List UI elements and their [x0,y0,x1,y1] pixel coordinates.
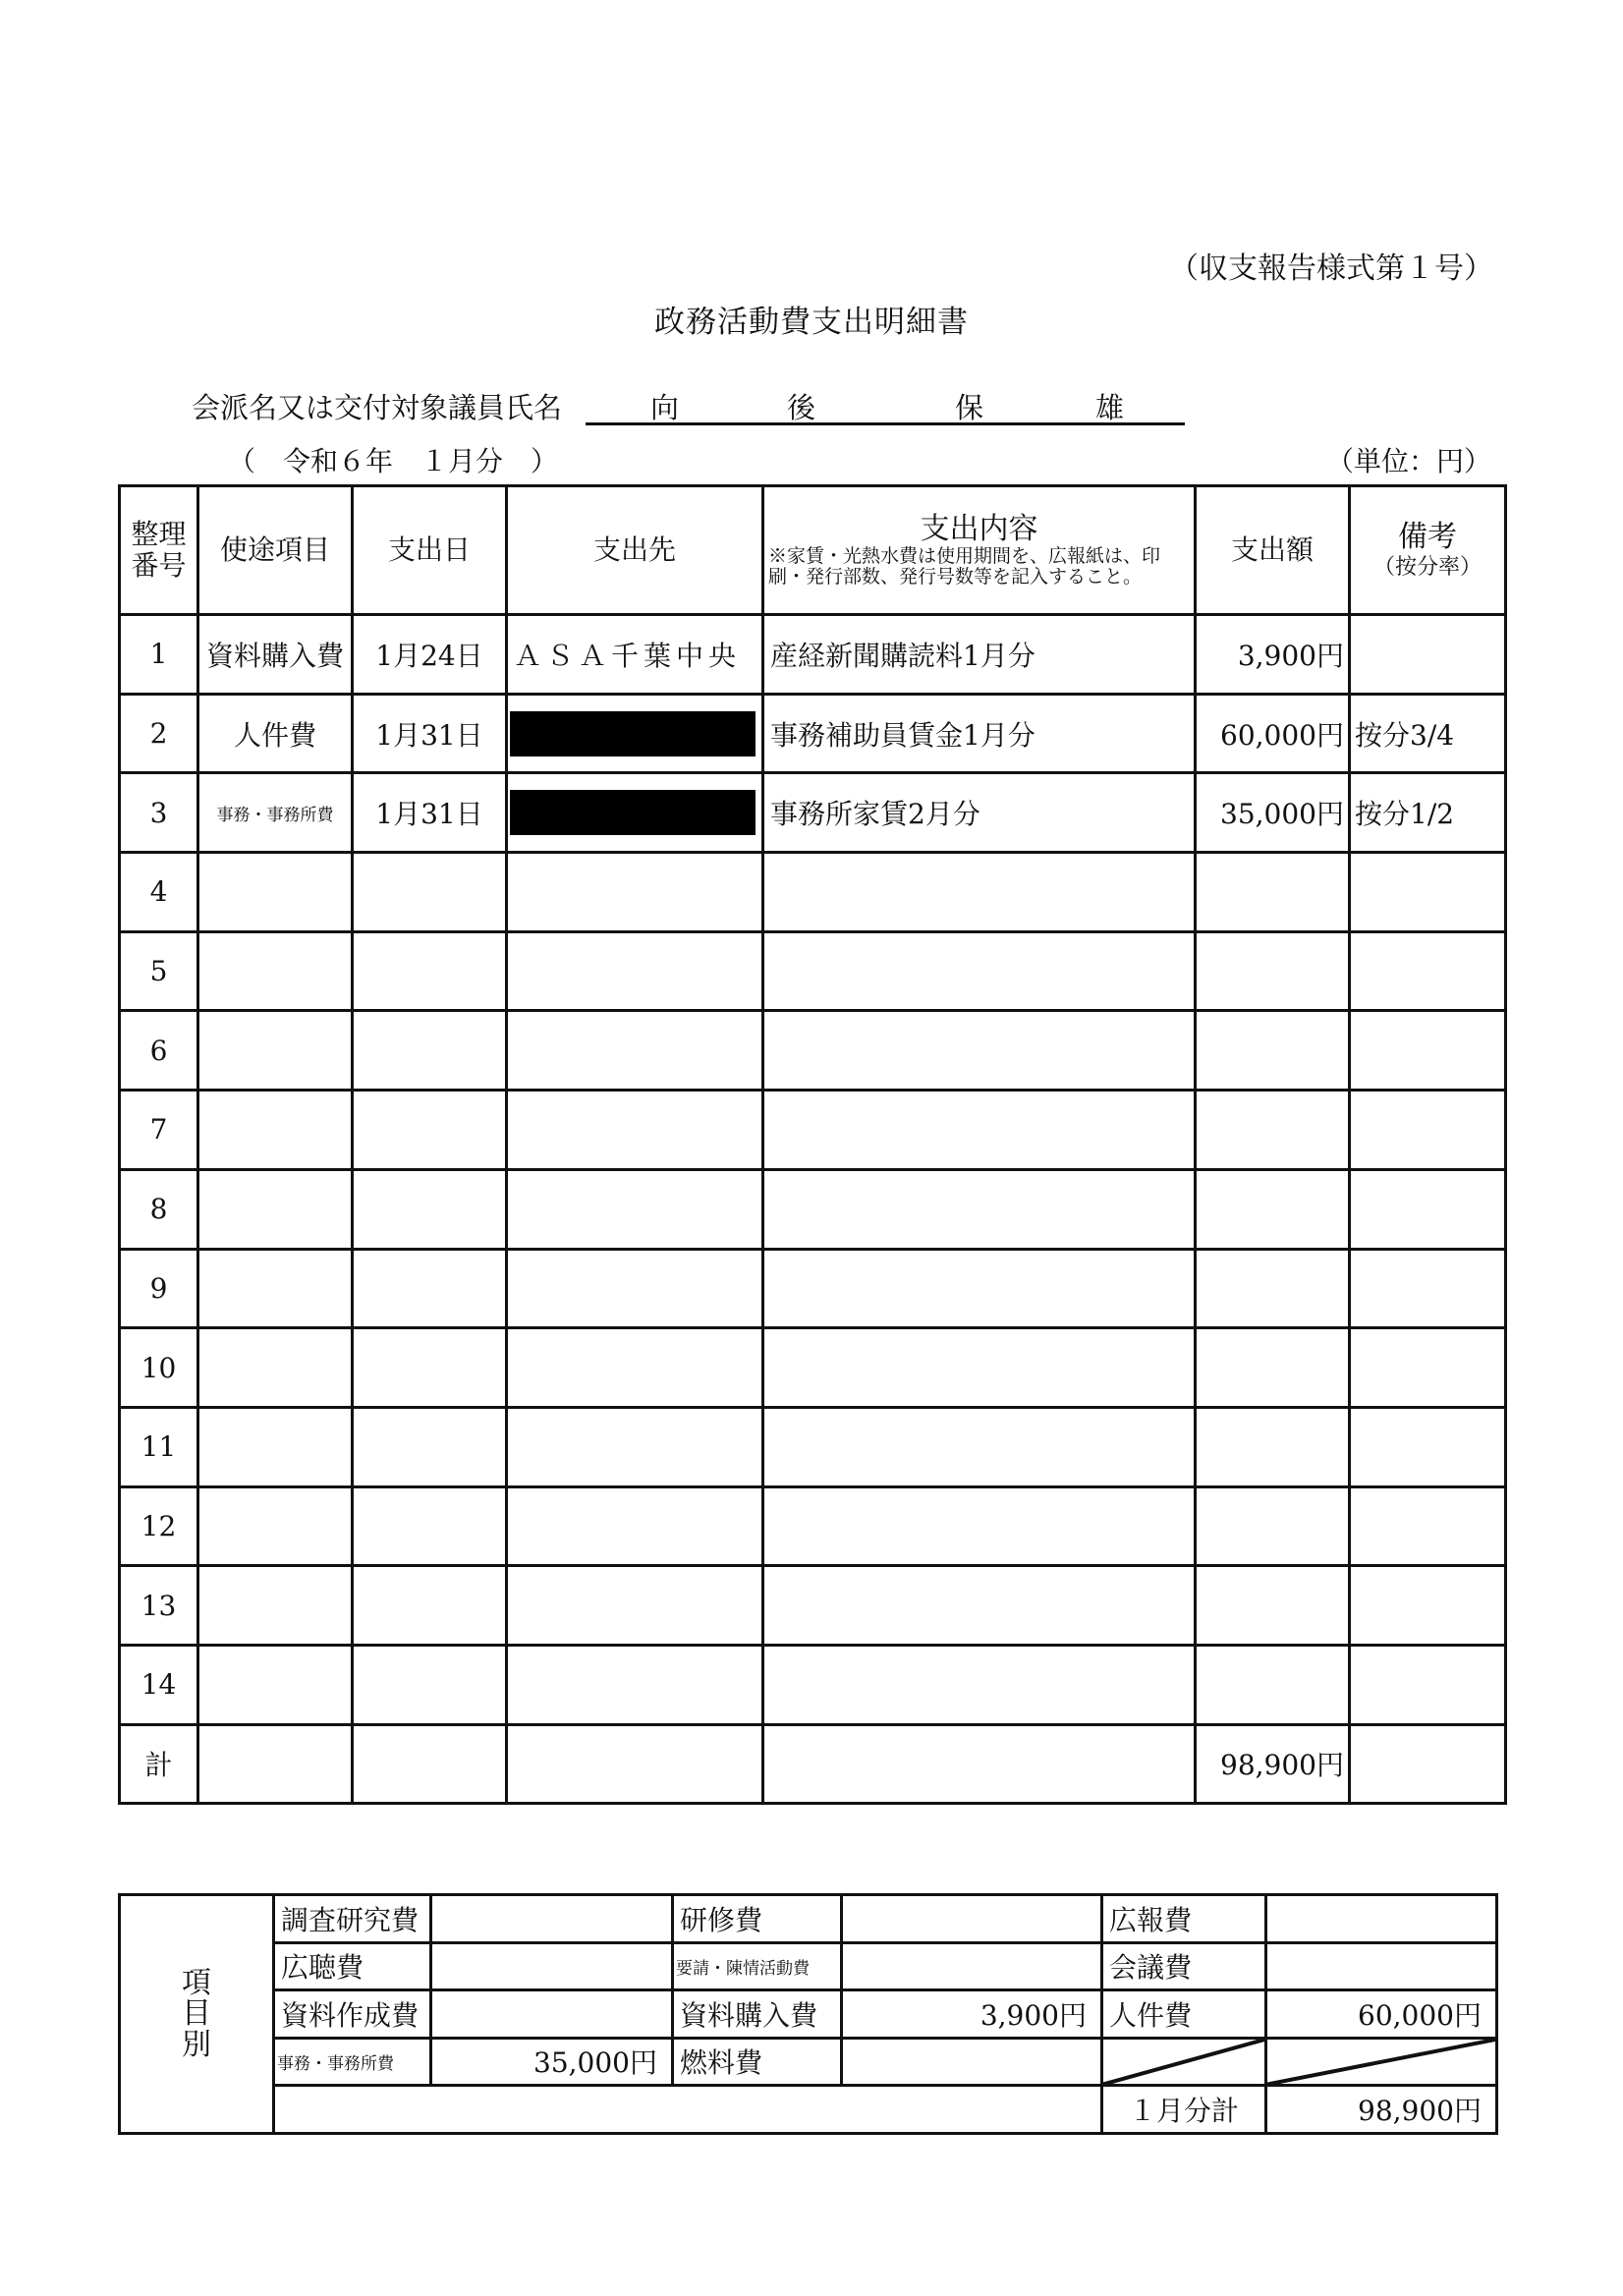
row-date [353,1169,507,1249]
row-remarks [1350,931,1506,1011]
summary-category-value [842,1895,1102,1943]
row-content [763,1328,1196,1408]
row-date [353,1407,507,1486]
row-payee [507,1328,763,1408]
summary-category-value [842,1942,1102,1990]
row-number: 14 [120,1645,198,1724]
row-payee: ＡＳＡ千葉中央 [507,615,763,695]
row-amount [1196,1249,1350,1328]
row-category [198,1486,353,1566]
summary-category-label: 広聴費 [274,1942,431,1990]
row-amount: 35,000円 [1196,773,1350,853]
row-number: 8 [120,1169,198,1249]
row-remarks [1350,1566,1506,1646]
row-date [353,853,507,932]
summary-side-label: 項目別 [120,1895,274,2134]
row-category [198,853,353,932]
summary-row: 広聴費要請・陳情活動費会議費 [120,1942,1497,1990]
row-amount [1196,931,1350,1011]
summary-category-value: 60,000円 [1266,1990,1497,2039]
form-number: （収支報告様式第１号） [1169,244,1493,287]
row-content [763,853,1196,932]
row-number: 11 [120,1407,198,1486]
row-payee [507,1091,763,1170]
row-remarks [1350,1486,1506,1566]
document-title: 政務活動費支出明細書 [0,297,1623,341]
header-content-note: ※家賃・光熱水費は使用期間を、広報紙は、印刷・発行部数、発行号数等を記入すること… [768,546,1190,588]
total-amount: 98,900円 [1196,1724,1350,1804]
struck-cell [1102,2038,1266,2086]
row-date [353,1328,507,1408]
member-name-char: 向 [650,386,679,426]
summary-category-value [842,2038,1102,2086]
row-content [763,931,1196,1011]
row-remarks [1350,1249,1506,1328]
row-content [763,1566,1196,1646]
row-payee [507,931,763,1011]
header-amount: 支出額 [1196,486,1350,615]
summary-category-label: 燃料費 [673,2038,842,2086]
row-remarks: 按分3/4 [1350,694,1506,773]
row-category [198,1091,353,1170]
row-amount [1196,1566,1350,1646]
row-category [198,1249,353,1328]
row-payee [507,1249,763,1328]
table-header-row: 整理 番号 使途項目 支出日 支出先 支出内容 ※家賃・光熱水費は使用期間を、広… [120,486,1506,615]
row-date [353,1645,507,1724]
summary-row: 資料作成費資料購入費3,900円人件費60,000円 [120,1990,1497,2039]
row-category [198,1011,353,1091]
summary-category-label: 調査研究費 [274,1895,431,1943]
summary-category-label: 要請・陳情活動費 [673,1942,842,1990]
row-content [763,1169,1196,1249]
row-date [353,1091,507,1170]
row-amount: 60,000円 [1196,694,1350,773]
summary-category-label: 人件費 [1102,1990,1266,2039]
row-number: 7 [120,1091,198,1170]
row-number: 2 [120,694,198,773]
row-number: 12 [120,1486,198,1566]
table-row: 1資料購入費1月24日ＡＳＡ千葉中央産経新聞購読料1月分3,900円 [120,615,1506,695]
row-category [198,1645,353,1724]
month-total-row: １月分計98,900円 [120,2086,1497,2134]
table-row: 11 [120,1407,1506,1486]
redaction-block [510,790,756,835]
row-content [763,1645,1196,1724]
row-category [198,1169,353,1249]
summary-category-value: 3,900円 [842,1990,1102,2039]
row-remarks [1350,1169,1506,1249]
header-content-title: 支出内容 [768,513,1190,547]
row-payee [507,1169,763,1249]
row-content: 事務所家賃2月分 [763,773,1196,853]
row-category [198,1328,353,1408]
row-category [198,1407,353,1486]
table-row: 9 [120,1249,1506,1328]
header-remarks: 備考 （按分率） [1350,486,1506,615]
summary-category-label: 事務・事務所費 [274,2038,431,2086]
summary-category-value [1266,1895,1497,1943]
row-date [353,1011,507,1091]
row-payee [507,773,763,853]
table-row: 7 [120,1091,1506,1170]
row-amount [1196,1169,1350,1249]
summary-category-value [431,1990,673,2039]
summary-category-value [1266,1942,1497,1990]
row-amount [1196,1091,1350,1170]
row-remarks [1350,1407,1506,1486]
summary-category-value [431,1942,673,1990]
redaction-block [510,711,756,756]
table-row: 8 [120,1169,1506,1249]
currency-unit: （単位：円） [1326,440,1491,479]
row-payee [507,853,763,932]
summary-row: 項目別調査研究費研修費広報費 [120,1895,1497,1943]
row-amount [1196,1407,1350,1486]
row-remarks [1350,1091,1506,1170]
row-number: 10 [120,1328,198,1408]
table-row: 2人件費1月31日事務補助員賃金1月分60,000円按分3/4 [120,694,1506,773]
row-date: 1月31日 [353,694,507,773]
summary-category-label: 広報費 [1102,1895,1266,1943]
total-label: 計 [120,1724,198,1804]
category-summary-table: 項目別調査研究費研修費広報費広聴費要請・陳情活動費会議費資料作成費資料購入費3,… [118,1893,1498,2135]
row-amount [1196,1486,1350,1566]
row-content [763,1249,1196,1328]
row-amount: 3,900円 [1196,615,1350,695]
table-row: 10 [120,1328,1506,1408]
row-date: 1月24日 [353,615,507,695]
table-row: 3事務・事務所費1月31日事務所家賃2月分35,000円按分1/2 [120,773,1506,853]
row-number: 3 [120,773,198,853]
row-content [763,1407,1196,1486]
row-content [763,1091,1196,1170]
summary-category-label: 資料購入費 [673,1990,842,2039]
row-date [353,1486,507,1566]
row-date [353,1566,507,1646]
row-category: 人件費 [198,694,353,773]
month-total-label: １月分計 [1102,2086,1266,2134]
report-period: （ 令和６年 １月分 ） [228,440,558,479]
summary-category-value: 35,000円 [431,2038,673,2086]
expense-detail-table: 整理 番号 使途項目 支出日 支出先 支出内容 ※家賃・光熱水費は使用期間を、広… [118,484,1507,1805]
row-remarks [1350,1645,1506,1724]
row-remarks [1350,1011,1506,1091]
row-payee [507,1645,763,1724]
member-name-label: 会派名又は交付対象議員氏名 [192,386,562,426]
header-payee: 支出先 [507,486,763,615]
row-date: 1月31日 [353,773,507,853]
row-number: 9 [120,1249,198,1328]
row-payee [507,1486,763,1566]
row-category: 資料購入費 [198,615,353,695]
table-row: 4 [120,853,1506,932]
row-payee [507,694,763,773]
month-total-value: 98,900円 [1266,2086,1497,2134]
row-content [763,1486,1196,1566]
summary-category-label: 資料作成費 [274,1990,431,2039]
header-date: 支出日 [353,486,507,615]
row-remarks: 按分1/2 [1350,773,1506,853]
row-amount [1196,1645,1350,1724]
header-category: 使途項目 [198,486,353,615]
row-category: 事務・事務所費 [198,773,353,853]
member-name-char: 雄 [1095,386,1124,426]
row-amount [1196,853,1350,932]
row-category [198,931,353,1011]
row-number: 4 [120,853,198,932]
summary-category-value [431,1895,673,1943]
table-row: 13 [120,1566,1506,1646]
header-number: 整理 番号 [120,486,198,615]
summary-category-label: 会議費 [1102,1942,1266,1990]
table-row: 5 [120,931,1506,1011]
row-number: 13 [120,1566,198,1646]
table-row: 6 [120,1011,1506,1091]
row-date [353,931,507,1011]
row-category [198,1566,353,1646]
row-date [353,1249,507,1328]
row-amount [1196,1328,1350,1408]
row-amount [1196,1011,1350,1091]
row-number: 1 [120,615,198,695]
row-remarks [1350,853,1506,932]
struck-cell [1266,2038,1497,2086]
summary-row: 事務・事務所費35,000円燃料費 [120,2038,1497,2086]
member-name-char: 保 [955,386,983,426]
row-number: 5 [120,931,198,1011]
table-row: 14 [120,1645,1506,1724]
member-name-char: 後 [787,386,815,426]
total-row: 計98,900円 [120,1724,1506,1804]
row-remarks [1350,615,1506,695]
summary-category-label: 研修費 [673,1895,842,1943]
row-content: 事務補助員賃金1月分 [763,694,1196,773]
row-content [763,1011,1196,1091]
header-content: 支出内容 ※家賃・光熱水費は使用期間を、広報紙は、印刷・発行部数、発行号数等を記… [763,486,1196,615]
table-row: 12 [120,1486,1506,1566]
row-payee [507,1011,763,1091]
row-remarks [1350,1328,1506,1408]
row-number: 6 [120,1011,198,1091]
row-content: 産経新聞購読料1月分 [763,615,1196,695]
row-payee [507,1566,763,1646]
row-payee [507,1407,763,1486]
